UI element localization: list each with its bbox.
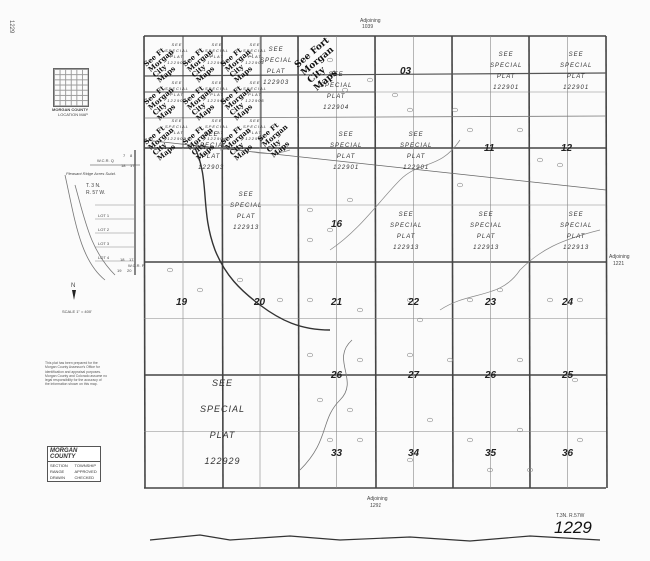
- special-plat-label: SEESPECIALPLAT122913: [470, 210, 502, 254]
- inset-corner-number: 18: [121, 163, 125, 168]
- special-plat-label: SEESPECIALPLAT122913: [230, 190, 262, 234]
- section-number: 23: [485, 297, 496, 308]
- inset-corner-number: 20: [127, 268, 131, 273]
- inset-corner-number: 8: [130, 153, 132, 158]
- inset-township: T. 3 N.: [86, 183, 100, 189]
- inset-corner-number: 17: [129, 257, 133, 262]
- title-block-line: RANGE: [50, 469, 74, 474]
- section-number: 20: [254, 297, 265, 308]
- north-arrow-label: N: [71, 283, 75, 289]
- title-block-line: CHECKED: [75, 475, 99, 480]
- inset-corner-number: 18: [120, 257, 124, 262]
- title-block-county: MORGAN COUNTY: [48, 447, 100, 462]
- adjoining-right-label: Adjoining: [609, 254, 630, 260]
- special-plat-label: SEESPECIALPLAT122901: [330, 130, 362, 174]
- inset-road-top: W.C.R. Q: [97, 158, 114, 163]
- inset-lot: LOT 4: [98, 255, 109, 260]
- section-number: 16: [331, 219, 342, 230]
- section-number: 33: [331, 448, 342, 459]
- special-plat-label: SEESPECIALPLAT122929: [200, 370, 245, 474]
- section-number: 21: [331, 297, 342, 308]
- section-number: 03: [400, 66, 411, 77]
- scale-label: SCALE 1" = 400': [62, 309, 92, 314]
- special-plat-label: SEESPECIALPLAT122901: [400, 130, 432, 174]
- section-number: 26: [485, 370, 496, 381]
- inset-lot: LOT 2: [98, 227, 109, 232]
- inset-corner-number: 19: [117, 268, 121, 273]
- adjoining-bottom-label: Adjoining: [367, 496, 388, 502]
- inset-title: Pleasant Ridge Acres Subd.: [66, 171, 116, 176]
- inset-range: R. 57 W.: [86, 190, 105, 196]
- edge-sheet-label: 1229: [8, 20, 14, 33]
- section-number: 35: [485, 448, 496, 459]
- section-number: 11: [484, 143, 494, 154]
- title-block-line: APPROVED: [75, 469, 99, 474]
- inset-corner-number: 7: [123, 153, 125, 158]
- special-plat-label: SEESPECIALPLAT122913: [390, 210, 422, 254]
- section-number: 25: [562, 370, 573, 381]
- title-block-line: DRAWN: [50, 475, 74, 480]
- section-number: 34: [408, 448, 419, 459]
- section-number: 22: [408, 297, 419, 308]
- key-map: [53, 68, 89, 107]
- section-number: 19: [176, 297, 187, 308]
- adjoining-bottom-number: 1291: [370, 503, 381, 509]
- title-block-line: SECTION: [50, 463, 74, 468]
- title-block: MORGAN COUNTY SECTION TOWNSHIP RANGE APP…: [47, 446, 101, 482]
- adjoining-top-number: 1039: [362, 24, 373, 30]
- section-number: 12: [561, 143, 572, 154]
- adjoining-right-number: 1221: [613, 261, 624, 267]
- special-plat-label: SEESPECIALPLAT122901: [560, 50, 592, 94]
- special-plat-label: SEESPECIALPLAT122901: [490, 50, 522, 94]
- sheet-number: 1229: [554, 518, 592, 538]
- title-block-line: TOWNSHIP: [75, 463, 99, 468]
- inset-lot: LOT 1: [98, 213, 109, 218]
- inset-corner-number: 17: [130, 163, 134, 168]
- inset-lot: LOT 3: [98, 241, 109, 246]
- disclaimer-note: This plat has been prepared for the Morg…: [45, 361, 107, 387]
- key-map-sub: LOCATION MAP: [58, 112, 88, 117]
- special-plat-label: SEESPECIALPLAT122913: [560, 210, 592, 254]
- section-number: 24: [562, 297, 573, 308]
- section-number: 36: [562, 448, 573, 459]
- section-number: 27: [408, 370, 419, 381]
- section-number: 26: [331, 370, 342, 381]
- north-arrow-icon: [72, 290, 76, 300]
- plat-map-sheet: 1229 MORGAN COUNTY LOCATION MAP Adjoinin…: [0, 0, 650, 561]
